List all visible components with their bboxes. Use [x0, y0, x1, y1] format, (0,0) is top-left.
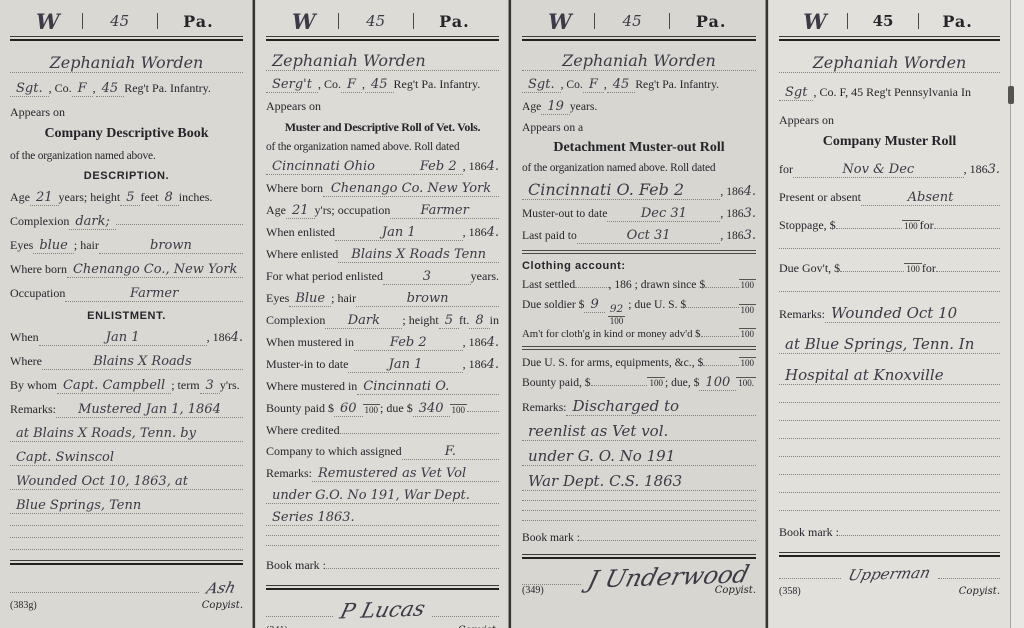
where-enlisted-row: Where Blains X Roads [10, 354, 243, 370]
hair-label: ; hair [74, 238, 99, 253]
complexion-row: Complexion dark; [10, 214, 243, 230]
muster-out-label: Muster-out to date [522, 207, 607, 220]
remarks-label: Remarks: [522, 401, 566, 414]
header-rule [10, 36, 243, 41]
remarks-line: under G. O. No 191 [522, 447, 756, 466]
rank-row: Sgt , Co. F, 45 Reg't Pennsylvania In [779, 85, 1000, 101]
company-assigned-row: Company to which assigned F. [266, 444, 499, 460]
due-soldier-label: Due soldier $ [522, 298, 584, 311]
year-value: 3. [744, 228, 756, 243]
due-govt-row: Due Gov't, $ 100 for [779, 261, 1000, 276]
muster-out-date-row: Muster-out to date Dec 31 , 186 3. [522, 206, 756, 222]
dotted-blank [10, 534, 243, 538]
complexion-label: Complexion [266, 313, 325, 328]
years-label: years. [570, 100, 597, 113]
dotted-blank [580, 537, 756, 541]
dotted-blank [779, 489, 1000, 493]
year-prefix: , 186 [463, 225, 487, 240]
occupation-label: Occupation [10, 286, 65, 301]
year-prefix: , 186 [964, 162, 988, 177]
where-label: Where [10, 354, 42, 369]
where-born-value: Chenango Co. New York [323, 181, 499, 197]
book-mark-row: Book mark : [522, 531, 756, 544]
remarks-row: Remarks: Mustered Jan 1, 1864 [10, 402, 243, 418]
rank-value: Serg't [266, 77, 318, 93]
dotted-blank [686, 304, 738, 308]
year-prefix: , 186 [720, 185, 743, 198]
remarks-text: Blue Springs, Tenn [10, 498, 243, 514]
remarks-line: at Blue Springs, Tenn. In [779, 335, 1000, 354]
age-label: Age [522, 100, 541, 113]
age-value: 21 [286, 203, 315, 219]
regiment-number-value: 45 [365, 77, 394, 93]
soldier-name: Zephaniah Worden [522, 51, 756, 71]
footer-rule [10, 560, 243, 565]
remarks-text: under G. O. No 191 [522, 447, 756, 466]
period-row: For what period enlisted 3 years. [266, 269, 499, 285]
where-mustered-value: Cincinnati O. [357, 379, 499, 395]
where-mustered-label: Where mustered in [266, 379, 357, 394]
fraction-denominator: 100. [736, 377, 756, 388]
inches-value: 8 [469, 313, 489, 329]
footer-rule [266, 585, 499, 590]
where-born-label: Where born [266, 181, 323, 196]
roll-dated-row: Cincinnati Ohio Feb 2 , 186 4. [266, 159, 499, 175]
dotted-blank [591, 382, 648, 386]
year-prefix: , 186 [463, 357, 487, 372]
inches-value: 8 [158, 190, 178, 206]
feet-label: ft. [459, 313, 469, 328]
header-state: Pa. [670, 12, 752, 31]
company-assigned-label: Company to which assigned [266, 444, 402, 459]
dotted-blank-line [10, 522, 243, 526]
remarks-label: Remarks: [779, 307, 825, 322]
copyist-signature: Upperman [838, 563, 940, 584]
where-enlisted-value: Blains X Roads Tenn [338, 247, 499, 263]
for-label: for [779, 162, 793, 177]
dotted-blank [779, 435, 1000, 439]
dotted-blank [938, 575, 1000, 579]
regiment-label: Reg't Pa. Infantry. [635, 78, 719, 91]
dotted-blank [779, 471, 1000, 475]
age-value: 19 [541, 99, 570, 115]
dotted-blank-line [779, 288, 1000, 292]
dotted-blank [10, 589, 199, 593]
year-prefix: , 186 [463, 159, 487, 174]
co-label: , Co. [561, 78, 583, 91]
bounty-paid-label: Bounty paid, $ [522, 376, 591, 389]
section-rule [522, 346, 756, 350]
by-whom-value: Capt. Campbell [57, 378, 171, 394]
dotted-blank [467, 408, 499, 412]
clothing-advanced-label: Am't for cloth'g in kind or money adv'd … [522, 328, 701, 340]
header-initial-letter: W [526, 9, 594, 34]
dotted-blank [522, 517, 756, 521]
where-born-row: Where born Chenango Co. New York [266, 181, 499, 197]
feet-label: feet [140, 190, 158, 205]
section-rule [522, 250, 756, 254]
scan-artifact [1008, 86, 1014, 104]
copyist-signature: J Underwood [577, 559, 760, 593]
clothing-account-heading: Clothing account: [522, 260, 756, 272]
co-label: , Co. [49, 81, 72, 96]
when-label: When [10, 330, 39, 345]
age-row: Age 19 years. [522, 99, 756, 115]
hair-label: ; hair [331, 291, 356, 306]
header-state: Pa. [919, 12, 996, 31]
dotted-blank-line [779, 453, 1000, 457]
dotted-blank-line [10, 546, 243, 550]
remarks-row: Remarks: Wounded Oct 10 [779, 304, 1000, 323]
header-state: Pa. [414, 12, 495, 31]
age-label: Age [10, 190, 30, 205]
eyes-value: blue [33, 238, 74, 254]
footer-rule [522, 554, 756, 559]
complexion-value: Dark [325, 313, 402, 329]
dotted-blank [340, 430, 499, 434]
bounty-row: Bounty paid, $ 100 ; due, $ 100 100. [522, 375, 756, 391]
where-value: Blains X Roads [42, 354, 243, 370]
remarks-label: Remarks: [10, 402, 56, 417]
present-absent-value: Absent [861, 190, 1000, 206]
dotted-blank [779, 288, 1000, 292]
fraction-denominator: 100 [608, 316, 626, 326]
last-paid-row: Last paid to Oct 31 , 186 3. [522, 228, 756, 244]
header-regiment-number: 45 [595, 12, 670, 30]
appears-on-label: Appears on [266, 99, 321, 114]
soldier-name-row: Zephaniah Worden [522, 51, 756, 71]
present-absent-label: Present or absent [779, 190, 861, 205]
muster-out-value: Dec 31 [607, 206, 720, 222]
header-state: Pa. [158, 12, 239, 31]
last-settled-row: Last settled , 186 ; drawn since $ 100 [522, 278, 756, 291]
rank-value: Sgt [779, 85, 813, 101]
remarks-text: Hospital at Knoxville [779, 366, 1000, 385]
dotted-blank-line [779, 435, 1000, 439]
where-born-label: Where born [10, 262, 67, 277]
copyist-signature-row: P Lucas [266, 598, 499, 622]
due-govt-label: Due Gov't, $ [779, 261, 840, 276]
dotted-blank-line [779, 507, 1000, 511]
roll-place-date-value: Cincinnati O. Feb 2 [522, 180, 720, 200]
eyes-value: Blue [289, 291, 331, 307]
last-settled-label: Last settled [522, 278, 575, 291]
remarks-line: Hospital at Knoxville [779, 366, 1000, 385]
dotted-blank-line [779, 417, 1000, 421]
record-title: Company Muster Roll [779, 134, 1000, 150]
for-label: for [922, 261, 936, 276]
organization-label: of the organization named above. [10, 150, 156, 162]
fraction-denominator: 100 [739, 328, 757, 339]
rank-value: Sgt. [10, 81, 49, 97]
remarks-text: Series 1863. [266, 510, 499, 526]
appears-on-label: Appears on [779, 113, 834, 128]
fraction-denominator: 100 [902, 220, 920, 231]
dotted-blank [779, 453, 1000, 457]
occupation-value: Farmer [390, 203, 499, 219]
bounty-due-label: ; due $ [380, 401, 413, 416]
soldier-name-row: Zephaniah Worden [266, 51, 499, 71]
when-mustered-label: When mustered in [266, 335, 354, 350]
fraction-denominator: 100 [363, 404, 381, 415]
remarks-line: War Dept. C.S. 1863 [522, 472, 756, 491]
remarks-line: Series 1863. [266, 510, 499, 526]
dotted-blank [936, 268, 1000, 272]
due-soldier-row: Due soldier $ 9 92 100 ; due U. S. $ 100 [522, 297, 756, 322]
appears-on-label: Appears on [10, 105, 65, 120]
when-enlisted-row: When enlisted Jan 1 , 186 4. [266, 225, 499, 241]
occupation-row: Occupation Farmer [10, 286, 243, 302]
appears-on-label: Appears on a [522, 121, 583, 134]
organization-label: of the organization named above. Roll da… [266, 141, 459, 153]
record-card-company-muster-roll: W 45 Pa. Zephaniah Worden Sgt , Co. F, 4… [769, 0, 1010, 628]
when-enlisted-value: Jan 1 [335, 225, 463, 241]
year-value: 4. [487, 357, 499, 372]
complexion-height-row: Complexion Dark ; height 5 ft. 8 in [266, 313, 499, 329]
rank-row: Sgt. , Co. F , 45 Reg't Pa. Infantry. [10, 81, 243, 97]
where-enlisted-row: Where enlisted Blains X Roads Tenn [266, 247, 499, 263]
fraction-denominator: 100 [904, 263, 922, 274]
by-whom-row: By whom Capt. Campbell ; term 3 y'rs. [10, 378, 243, 394]
dotted-blank [326, 565, 499, 569]
appears-on-row: Appears on [779, 113, 1000, 128]
age-value: 21 [30, 190, 59, 206]
year-prefix: , 186 [463, 335, 487, 350]
dotted-blank-line [779, 471, 1000, 475]
where-mustered-row: Where mustered in Cincinnati O. [266, 379, 499, 395]
dotted-blank [705, 284, 738, 288]
dotted-blank [840, 268, 904, 272]
inches-label: inches. [179, 190, 213, 205]
form-number: (358) [779, 586, 801, 597]
soldier-name-row: Zephaniah Worden [779, 53, 1000, 73]
dotted-blank [432, 613, 499, 617]
dotted-blank [522, 497, 756, 501]
height-label: years; height [59, 190, 121, 205]
book-mark-row: Book mark : [266, 558, 499, 573]
copyist-label: Copyist. [959, 586, 1000, 597]
cents-fraction: 92 100 [608, 304, 626, 326]
by-whom-label: By whom [10, 378, 57, 393]
dotted-blank [703, 362, 738, 366]
card-footer: (383g) Copyist. [10, 600, 243, 611]
hair-value: brown [99, 238, 243, 254]
co-label: , Co. [318, 77, 341, 92]
dotted-blank [10, 522, 243, 526]
remarks-label: Remarks: [266, 466, 312, 481]
where-credited-label: Where credited [266, 423, 340, 438]
dotted-blank-line [779, 245, 1000, 249]
age-label: Age [266, 203, 286, 218]
remarks-value: Wounded Oct 10 [825, 304, 1000, 323]
soldier-name: Zephaniah Worden [10, 53, 243, 73]
enlistment-heading: ENLISTMENT. [10, 310, 243, 322]
dotted-blank-line [779, 489, 1000, 493]
remarks-line: Wounded Oct 10, 1863, at [10, 474, 243, 490]
company-value: F [583, 77, 604, 93]
copyist-signature: P Lucas [329, 596, 435, 623]
roll-place-value: Cincinnati Ohio [266, 159, 414, 175]
when-mustered-value: Feb 2 [354, 335, 463, 351]
occupation-label: y'rs; occupation [315, 203, 391, 218]
copyist-signature: Ash [196, 578, 245, 598]
dotted-blank [779, 399, 1000, 403]
fraction-denominator: 100 [739, 304, 757, 315]
form-number: (383g) [10, 600, 37, 611]
remarks-value: Mustered Jan 1, 1864 [56, 402, 243, 418]
bounty-due-value: 340 [413, 401, 450, 417]
header-initial-letter: W [783, 9, 847, 34]
cents-numerator: 92 [610, 304, 623, 315]
remarks-line: under G.O. No 191, War Dept. [266, 488, 499, 504]
header-regiment-number: 45 [339, 12, 413, 30]
remarks-row: Remarks: Remustered as Vet Vol [266, 466, 499, 482]
remarks-value: Discharged to [566, 397, 756, 416]
remarks-text: Capt. Swinscol [10, 450, 243, 466]
regiment-label: Reg't Pa. Infantry. [394, 77, 481, 92]
roll-date-value: Feb 2 [414, 159, 463, 175]
year-prefix: , 186 [720, 207, 743, 220]
dotted-blank [575, 284, 608, 288]
roll-dated-row: Cincinnati O. Feb 2 , 186 4. [522, 180, 756, 200]
muster-in-date-label: Muster-in to date [266, 357, 348, 372]
remarks-text: under G.O. No 191, War Dept. [266, 488, 499, 504]
stoppage-row: Stoppage, $ 100 for [779, 218, 1000, 233]
fraction-denominator: 100 [450, 404, 468, 415]
due-us-label: ; due U. S. $ [628, 298, 686, 311]
dotted-blank [779, 245, 1000, 249]
card-header: W 45 Pa. [270, 8, 495, 34]
when-value: Jan 1 [39, 330, 207, 346]
record-title: Detachment Muster-out Roll [522, 140, 756, 156]
book-mark-label: Book mark : [522, 531, 580, 544]
appears-on-row: Appears on a [522, 121, 756, 134]
bounty-paid-label: Bounty paid $ [266, 401, 334, 416]
for-value: Nov & Dec [793, 162, 964, 178]
last-paid-label: Last paid to [522, 229, 577, 242]
dotted-blank [116, 221, 243, 225]
card-separator [766, 0, 768, 628]
age-height-row: Age 21 years; height 5 feet 8 inches. [10, 190, 243, 206]
where-born-row: Where born Chenango Co., New York [10, 262, 243, 278]
fraction-denominator: 100 [647, 377, 665, 388]
dotted-blank-line [522, 507, 756, 511]
card-header: W 45 Pa. [14, 8, 239, 34]
drawn-since-label: , 186 ; drawn since $ [609, 278, 706, 291]
card-footer: (358) Copyist. [779, 586, 1000, 597]
header-rule [266, 36, 499, 41]
feet-value: 5 [120, 190, 140, 206]
record-title: Muster and Descriptive Roll of Vet. Vols… [266, 120, 499, 135]
company-assigned-value: F. [402, 444, 499, 460]
book-mark-label: Book mark : [779, 525, 839, 540]
remarks-text: at Blue Springs, Tenn. In [779, 335, 1000, 354]
when-enlisted-row: When Jan 1 , 186 4. [10, 330, 243, 346]
remarks-value: Remustered as Vet Vol [312, 466, 499, 482]
dotted-blank [522, 507, 756, 511]
remarks-text: War Dept. C.S. 1863 [522, 472, 756, 491]
soldier-name: Zephaniah Worden [779, 53, 1000, 73]
regiment-label: , Co. F, 45 Reg't Pennsylvania In [813, 85, 971, 100]
organization-label: of the organization named above. Roll da… [522, 162, 715, 174]
eyes-label: Eyes [10, 238, 33, 253]
dotted-blank [934, 225, 1000, 229]
dotted-blank-line [10, 534, 243, 538]
card-separator [509, 0, 511, 628]
header-rule [522, 36, 756, 41]
soldier-name: Zephaniah Worden [266, 51, 499, 71]
rank-value: Sgt. [522, 77, 561, 93]
when-mustered-row: When mustered in Feb 2 , 186 4. [266, 335, 499, 351]
remarks-row: Remarks: Discharged to [522, 397, 756, 416]
bounty-paid-value: 60 [334, 401, 363, 417]
dotted-blank [10, 546, 243, 550]
card-separator [253, 0, 255, 628]
for-period-row: for Nov & Dec , 186 3. [779, 162, 1000, 178]
record-card-detachment-muster-out-roll: W 45 Pa. Zephaniah Worden Sgt. , Co. F ,… [512, 0, 766, 628]
company-value: F [341, 77, 362, 93]
dotted-blank [701, 333, 739, 337]
book-mark-row: Book mark : [779, 525, 1000, 540]
dotted-blank [779, 507, 1000, 511]
organization-row: of the organization named above. Roll da… [266, 141, 499, 153]
years-label: years. [471, 269, 499, 284]
where-enlisted-label: Where enlisted [266, 247, 338, 262]
complexion-value: dark; [69, 214, 116, 230]
record-card-muster-descriptive-roll: W 45 Pa. Zephaniah Worden Serg't , Co. F… [256, 0, 509, 628]
soldier-name-row: Zephaniah Worden [10, 53, 243, 73]
bounty-row: Bounty paid $ 60 100 ; due $ 340 100 [266, 401, 499, 417]
due-us-arms-label: Due U. S. for arms, equipments, &c., $ [522, 356, 703, 369]
dotted-blank-line [266, 532, 499, 536]
card-header: W 45 Pa. [526, 8, 752, 34]
organization-row: of the organization named above. [10, 150, 243, 162]
dotted-blank [779, 417, 1000, 421]
period-value: 3 [383, 269, 471, 285]
muster-in-date-value: Jan 1 [348, 357, 462, 373]
year-value: 3. [744, 206, 756, 221]
where-credited-row: Where credited [266, 423, 499, 438]
regiment-number-value: 45 [607, 77, 636, 93]
copyist-signature-row: Ash [10, 579, 243, 597]
eyes-hair-row: Eyes Blue ; hair brown [266, 291, 499, 307]
bounty-due-value: 100 [699, 375, 736, 391]
remarks-line: at Blains X Roads, Tenn. by [10, 426, 243, 442]
stoppage-label: Stoppage, $ [779, 218, 836, 233]
when-enlisted-label: When enlisted [266, 225, 335, 240]
regiment-number-value: 45 [96, 81, 125, 97]
for-label: for [920, 218, 934, 233]
muster-in-date-row: Muster-in to date Jan 1 , 186 4. [266, 357, 499, 373]
year-prefix: , 186 [207, 330, 231, 345]
year-value: 4. [487, 335, 499, 350]
clothing-advanced-row: Am't for cloth'g in kind or money adv'd … [522, 328, 756, 340]
year-value: 4. [744, 184, 756, 199]
dotted-blank [836, 225, 902, 229]
remarks-text: at Blains X Roads, Tenn. by [10, 426, 243, 442]
header-regiment-number: 45 [83, 12, 157, 30]
fraction-denominator: 100 [739, 279, 757, 290]
rank-row: Sgt. , Co. F , 45 Reg't Pa. Infantry. [522, 77, 756, 93]
dotted-blank-line [779, 399, 1000, 403]
description-heading: DESCRIPTION. [10, 170, 243, 182]
book-mark-label: Book mark : [266, 558, 326, 573]
eyes-label: Eyes [266, 291, 289, 306]
remarks-line: Capt. Swinscol [10, 450, 243, 466]
dotted-blank [779, 575, 841, 579]
feet-value: 5 [439, 313, 459, 329]
dotted-blank [266, 613, 333, 617]
